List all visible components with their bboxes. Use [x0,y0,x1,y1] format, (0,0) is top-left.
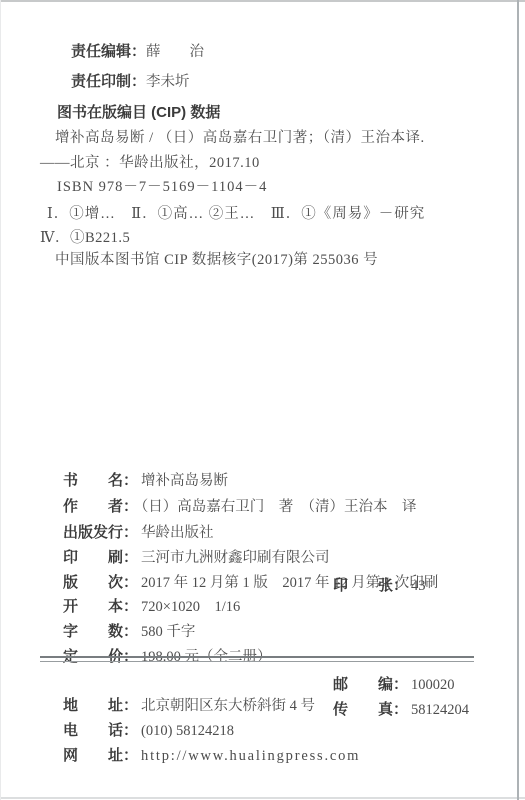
cip-description-line-1: 增补高岛易断 / （日）高岛嘉右卫门著；（清）王治本译. [55,128,425,148]
copyright-page: 责任编辑：薛 治 责任印制：李未圻 图书在版编目 (CIP) 数据 增补高岛易断… [0,0,525,800]
postcode-pair: 邮 编：100020 [333,674,455,696]
fax-pair: 传 真：58124204 [333,699,469,721]
field-label: 网 址： [63,747,138,764]
website-row: 网 址：http://www.hualingpress.com [47,724,360,788]
sheet-count-pair: 印 张：43 [333,575,426,597]
cip-isbn-line: ISBN 978－7－5169－1104－4 [57,177,267,197]
double-rule-divider [40,656,474,662]
field-value: 43 [411,578,426,594]
responsible-printer-label: 责任印制： [71,73,146,90]
field-label: 传 真： [333,701,408,718]
cip-heading: 图书在版编目 (CIP) 数据 [57,103,220,123]
cip-record-number-line: 中国版本图书馆 CIP 数据核字(2017)第 255036 号 [55,250,378,270]
page-edge-top [0,0,525,2]
cip-description-line-2: ——北京 ：华龄出版社，2017.10 [40,153,260,173]
page-edge-left [0,0,1,800]
field-label: 印 张： [333,577,408,594]
responsible-printer-value: 李未圻 [146,74,190,90]
page-edge-right [517,0,519,800]
cip-classification-line-2: Ⅳ．①B221.5 [40,228,130,248]
website-url: http://www.hualingpress.com [141,748,360,764]
field-value: 58124204 [411,702,469,718]
page-edge-bottom [0,797,525,799]
field-label: 邮 编： [333,676,408,693]
cip-classification-line-1: Ⅰ．①增… Ⅱ．①高… ②王… Ⅲ．①《周易》－研究 [47,204,425,224]
field-value: 100020 [411,677,455,693]
